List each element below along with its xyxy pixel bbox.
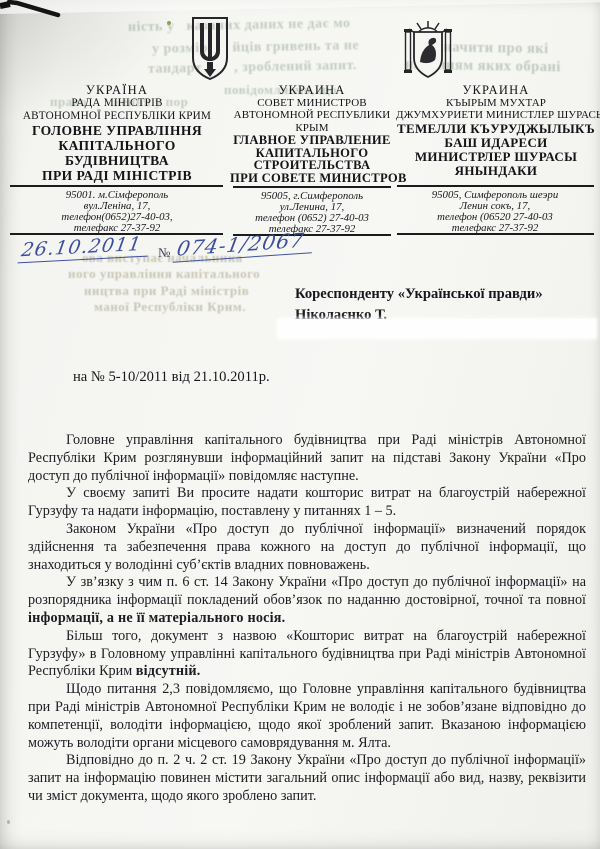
org-parent-line: АВТОНОМНОЙ РЕСПУБЛИКИ [230, 109, 394, 121]
bleedthrough-text: ництва при Раді міністрів [84, 283, 249, 299]
country-name: УКРАЇНА [8, 84, 226, 97]
paragraph-text: У зв’язку з чим п. 6 ст. 14 Закону Украї… [28, 574, 586, 608]
paragraph-text: У своєму запиті Ви просите надати коштор… [28, 485, 586, 519]
org-name-line: БУДІВНИЦТВА [8, 153, 226, 168]
org-name-line: ГЛАВНОЕ УПРАВЛЕНИЕ [230, 134, 394, 147]
org-name-line: ПРИ РАДІ МІНІСТРІВ [8, 168, 226, 183]
country-name: УКРАИНА [396, 84, 596, 97]
paragraph: Законом України «Про доступ до публічної… [28, 521, 586, 574]
country-name: УКРАИНА [230, 84, 394, 97]
address-line: телефакс 27-37-92 [8, 223, 226, 234]
org-name-line: ТЕМЕЛЛИ КЪУРУДЖЫЛЫКЪ [396, 122, 596, 136]
divider-rule [233, 186, 391, 188]
number-sign-label: № [158, 245, 170, 261]
address-line: телефакс 27-37-92 [396, 223, 594, 234]
paragraph-text: Щодо питання 2,3 повідомляємо, що Головн… [28, 681, 586, 750]
paragraph: Більш того, документ з назвою «Кошторис … [28, 628, 586, 681]
scanned-letter-page: ність у казаних даних не дає мо у розмір… [0, 0, 600, 849]
scan-corner-artifact [0, 0, 70, 20]
ukraine-trident-emblem-icon [190, 16, 230, 82]
bleedthrough-text: маної Республіки Крим. [94, 299, 246, 315]
org-name-line: ГОЛОВНЕ УПРАВЛІННЯ [8, 123, 226, 138]
org-name-line: ПРИ СОВЕТЕ МИНИСТРОВ [230, 172, 394, 185]
paragraph-text: Відповідно до п. 2 ч. 2 ст. 19 Закону Ук… [28, 752, 586, 804]
reply-reference-line: на № 5-10/2011 від 21.10.2011р. [73, 369, 270, 386]
bleedthrough-text: у розмірі йців гривень та не [152, 38, 359, 58]
letterhead-crimean-tatar: УКРАИНА КЪЫРЫМ МУХТАР ДЖУМХУРИЕТИ МИНИСТ… [396, 84, 596, 178]
paragraph: У своєму запиті Ви просите надати коштор… [28, 485, 586, 521]
paragraph-text: Головне управління капітального будівниц… [28, 432, 586, 484]
divider-rule [397, 185, 594, 187]
org-name-line: БАШ ИДАРЕСИ [396, 136, 596, 150]
letterhead-russian: УКРАИНА СОВЕТ МИНИСТРОВ АВТОНОМНОЙ РЕСПУ… [230, 84, 394, 185]
paragraph-bold-text: інформації, а не її матеріального носія. [28, 610, 285, 626]
org-parent-line: ДЖУМХУРИЕТИ МИНИСТЛЕР ШУРАСЫ [396, 109, 596, 121]
divider-rule [10, 185, 223, 187]
paragraph-text: Законом України «Про доступ до публічної… [28, 521, 586, 573]
address-block-left: 95001. м.Сімферополь вул.Леніна, 17, тел… [8, 190, 226, 234]
paragraph: Відповідно до п. 2 ч. 2 ст. 19 Закону Ук… [28, 752, 586, 805]
letterhead-ukrainian: УКРАЇНА РАДА МІНІСТРІВ АВТОНОМНОЇ РЕСПУБ… [8, 84, 226, 183]
bleedthrough-text: тандарт , зроблений запит. [148, 58, 357, 78]
paragraph-text: Більш того, документ з назвою «Кошторис … [28, 628, 586, 680]
org-parent-line: АВТОНОМНОЇ РЕСПУБЛІКИ КРИМ [8, 110, 226, 123]
bleedthrough-text: ність у казаних даних не дає мо [128, 16, 351, 36]
org-parent-line: СОВЕТ МИНИСТРОВ [230, 97, 394, 109]
addressee-line: Кореспонденту «Української правди» [295, 284, 543, 305]
address-block-right: 95005, Симферополь шеэри Ленин сокъ, 17,… [396, 190, 594, 234]
org-parent-line: РАДА МІНІСТРІВ [8, 97, 226, 110]
org-parent-line: КЪЫРЫМ МУХТАР [396, 97, 596, 109]
org-name-line: МИНИСТРЛЕР ШУРАСЫ [396, 150, 596, 164]
paragraph: Головне управління капітального будівниц… [28, 432, 586, 485]
dust-speck [7, 820, 10, 824]
bleedthrough-text: ного управління капітального [68, 266, 260, 282]
org-name-line: КАПІТАЛЬНОГО [8, 138, 226, 153]
paragraph-bold-text: відсутній. [136, 663, 201, 679]
org-name-line: ЯНЫНДАКИ [396, 164, 596, 178]
paragraph: Щодо питання 2,3 повідомляємо, що Головн… [28, 681, 586, 752]
letter-body: Головне управління капітального будівниц… [28, 432, 586, 806]
paragraph: У зв’язку з чим п. 6 ст. 14 Закону Украї… [28, 574, 586, 627]
crimea-coat-of-arms-icon [404, 20, 452, 82]
redaction-bar [278, 319, 596, 338]
